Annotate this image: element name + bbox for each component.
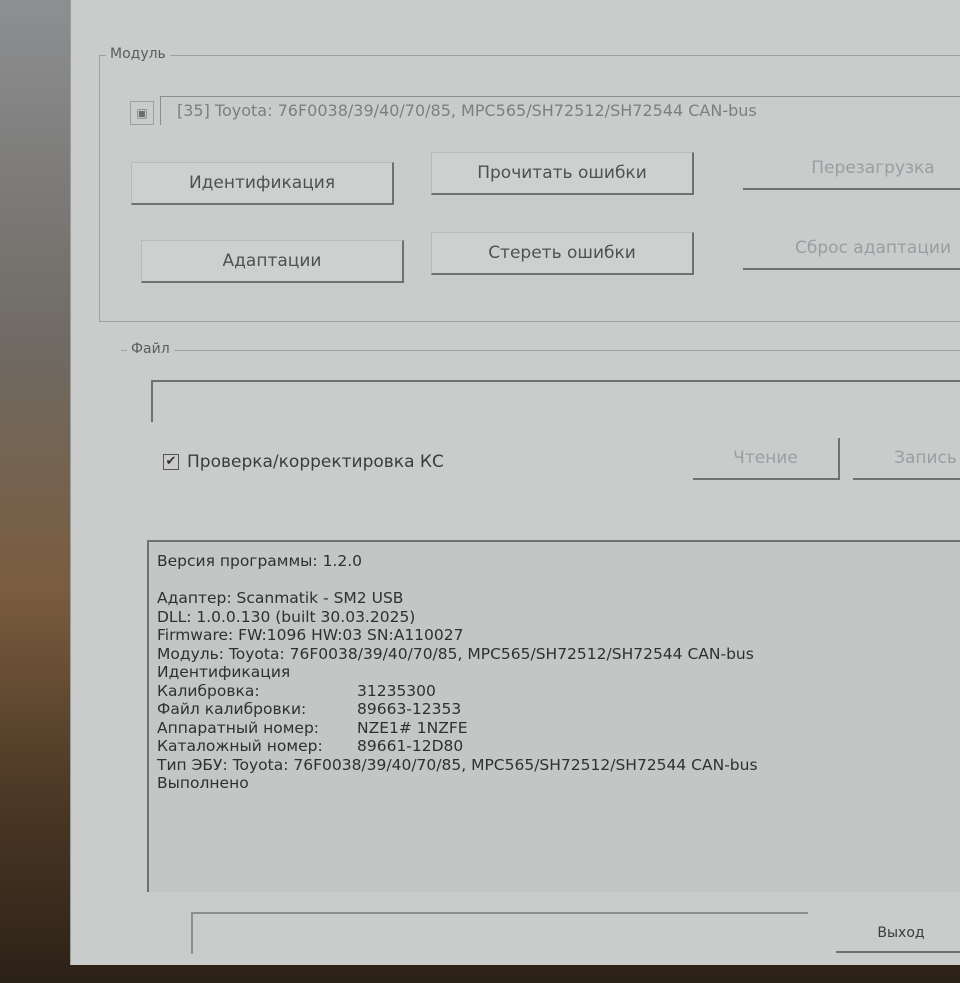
log-line: Тип ЭБУ: Toyota: 76F0038/39/40/70/85, MP… <box>157 756 960 775</box>
clear-errors-button[interactable]: Стереть ошибки <box>431 232 694 275</box>
module-group-title: Модуль <box>106 46 170 62</box>
reset-adaptation-button[interactable]: Сброс адаптации <box>743 228 960 270</box>
log-line: DLL: 1.0.0.130 (built 30.03.2025) <box>157 608 960 627</box>
log-kv: Аппаратный номер:NZE1# 1NZFE <box>157 719 960 738</box>
checksum-checkbox[interactable]: ✔ <box>163 454 179 470</box>
log-line: Выполнено <box>157 774 960 793</box>
file-group-title: Файл <box>127 341 174 357</box>
log-line: Версия программы: 1.2.0 <box>157 552 960 571</box>
log-kv: Файл калибровки:89663-12353 <box>157 700 960 719</box>
read-button[interactable]: Чтение <box>693 438 840 480</box>
status-bar <box>191 912 808 954</box>
read-errors-button[interactable]: Прочитать ошибки <box>431 152 694 195</box>
log-line: Firmware: FW:1096 HW:03 SN:A110027 <box>157 626 960 645</box>
log-kv: Каталожный номер:89661-12D80 <box>157 737 960 756</box>
log-line: Модуль: Toyota: 76F0038/39/40/70/85, MPC… <box>157 645 960 664</box>
log-line <box>157 571 960 590</box>
log-output[interactable]: Версия программы: 1.2.0 Адаптер: Scanmat… <box>147 540 960 892</box>
log-kv: Калибровка:31235300 <box>157 682 960 701</box>
app-window: Модуль ▣ [35] Toyota: 76F0038/39/40/70/8… <box>70 0 960 965</box>
file-path-field[interactable] <box>151 380 960 422</box>
adaptations-button[interactable]: Адаптации <box>141 240 404 283</box>
checksum-option[interactable]: ✔ Проверка/корректировка КС <box>163 452 444 472</box>
reboot-button[interactable]: Перезагрузка <box>743 148 960 190</box>
identification-button[interactable]: Идентификация <box>131 162 394 205</box>
log-line: Идентификация <box>157 663 960 682</box>
file-group: Файл <box>121 350 960 521</box>
write-button[interactable]: Запись <box>853 438 960 480</box>
module-select[interactable]: [35] Toyota: 76F0038/39/40/70/85, MPC565… <box>160 96 960 125</box>
exit-button[interactable]: Выход <box>836 915 960 953</box>
module-icon: ▣ <box>130 101 154 125</box>
checksum-label: Проверка/корректировка КС <box>187 452 444 472</box>
log-line: Адаптер: Scanmatik - SM2 USB <box>157 589 960 608</box>
